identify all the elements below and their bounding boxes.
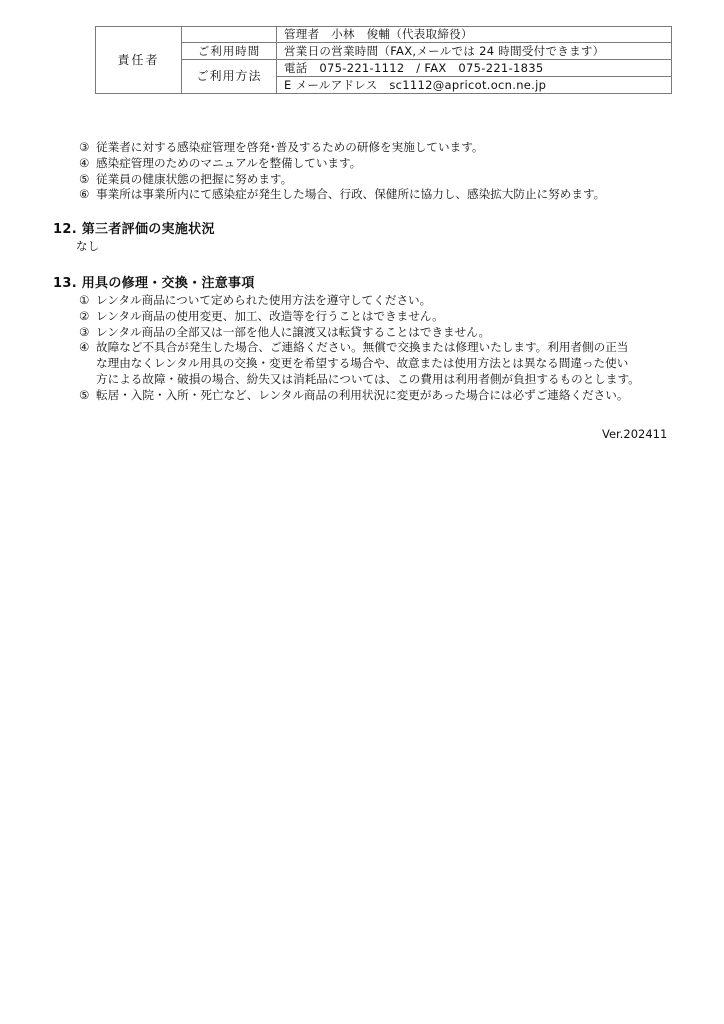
item-text: レンタル商品の使用変更、加工、改造等を行うことはできません。	[96, 309, 640, 325]
item-number: ③	[79, 325, 89, 341]
item-number: ⑤	[79, 388, 89, 404]
list-item: ④ 故障など不具合が発生した場合、ご連絡ください。無償で交換または修理いたします…	[79, 340, 640, 387]
item-text-line: 故障など不具合が発生した場合、ご連絡ください。無償で交換または修理いたします。利…	[96, 340, 640, 356]
item-text-line: 方による故障・破損の場合、紛失又は消耗品については、この費用は利用者側が負担する…	[96, 372, 640, 388]
list-item: ① レンタル商品について定められた使用方法を遵守してください。	[79, 293, 640, 309]
item-text-line: な理由なくレンタル用具の交換・変更を希望する場合や、故意または使用方法とは異なる…	[96, 356, 640, 372]
item-number: ④	[79, 340, 89, 356]
contact-table: 責任者 管理者 小林 俊輔（代表取締役） ご利用時間 営業日の営業時間（FAX,…	[95, 26, 672, 94]
item-text: 感染症管理のためのマニュアルを整備しています。	[96, 156, 605, 172]
item-text: レンタル商品の全部又は一部を他人に譲渡又は転貸することはできません。	[96, 325, 640, 341]
item-number: ③	[79, 140, 89, 156]
method-label: ご利用方法	[182, 60, 277, 94]
section-12-heading: 12. 第三者評価の実施状況	[53, 222, 215, 238]
item-text: 転居・入院・入所・死亡など、レンタル商品の利用状況に変更があった場合には必ずご連…	[96, 388, 640, 404]
document-page: 責任者 管理者 小林 俊輔（代表取締役） ご利用時間 営業日の営業時間（FAX,…	[0, 0, 724, 1024]
hours-label: ご利用時間	[182, 43, 277, 60]
item-number: ①	[79, 293, 89, 309]
table-row-phone: ご利用方法 電話 075-221-1112 / FAX 075-221-1835	[96, 60, 672, 77]
item-text: 従業員の健康状態の把握に努めます。	[96, 172, 605, 188]
table-row-manager: 責任者 管理者 小林 俊輔（代表取締役）	[96, 27, 672, 43]
infection-measures-list: ③ 従業者に対する感染症管理を啓発･普及するための研修を実施しています。 ④ 感…	[79, 140, 605, 203]
item-text: 事業所は事業所内にて感染症が発生した場合、行政、保健所に協力し、感染拡大防止に努…	[96, 187, 605, 203]
item-text: レンタル商品について定められた使用方法を遵守してください。	[96, 293, 640, 309]
version-label: Ver.202411	[602, 427, 667, 441]
item-number: ⑤	[79, 172, 89, 188]
item-number: ⑥	[79, 187, 89, 203]
list-item: ⑤ 従業員の健康状態の把握に努めます。	[79, 172, 605, 188]
item-text: 従業者に対する感染症管理を啓発･普及するための研修を実施しています。	[96, 140, 605, 156]
list-item: ③ レンタル商品の全部又は一部を他人に譲渡又は転貸することはできません。	[79, 325, 640, 341]
list-item: ⑤ 転居・入院・入所・死亡など、レンタル商品の利用状況に変更があった場合には必ず…	[79, 388, 640, 404]
phone-fax-value: 電話 075-221-1112 / FAX 075-221-1835	[277, 60, 672, 77]
section-13-list: ① レンタル商品について定められた使用方法を遵守してください。 ② レンタル商品…	[79, 293, 640, 404]
table-row-hours: ご利用時間 営業日の営業時間（FAX,メールでは 24 時間受付できます）	[96, 43, 672, 60]
item-number: ②	[79, 309, 89, 325]
manager-value: 管理者 小林 俊輔（代表取締役）	[277, 27, 672, 43]
list-item: ⑥ 事業所は事業所内にて感染症が発生した場合、行政、保健所に協力し、感染拡大防止…	[79, 187, 605, 203]
list-item: ③ 従業者に対する感染症管理を啓発･普及するための研修を実施しています。	[79, 140, 605, 156]
list-item: ② レンタル商品の使用変更、加工、改造等を行うことはできません。	[79, 309, 640, 325]
section-12-body: なし	[76, 238, 99, 254]
section-13-heading: 13. 用具の修理・交換・注意事項	[53, 276, 255, 292]
label-cell-empty	[182, 27, 277, 43]
role-cell: 責任者	[96, 27, 182, 94]
item-number: ④	[79, 156, 89, 172]
list-item: ④ 感染症管理のためのマニュアルを整備しています。	[79, 156, 605, 172]
hours-value: 営業日の営業時間（FAX,メールでは 24 時間受付できます）	[277, 43, 672, 60]
email-value: E メールアドレス sc1112@apricot.ocn.ne.jp	[277, 77, 672, 94]
